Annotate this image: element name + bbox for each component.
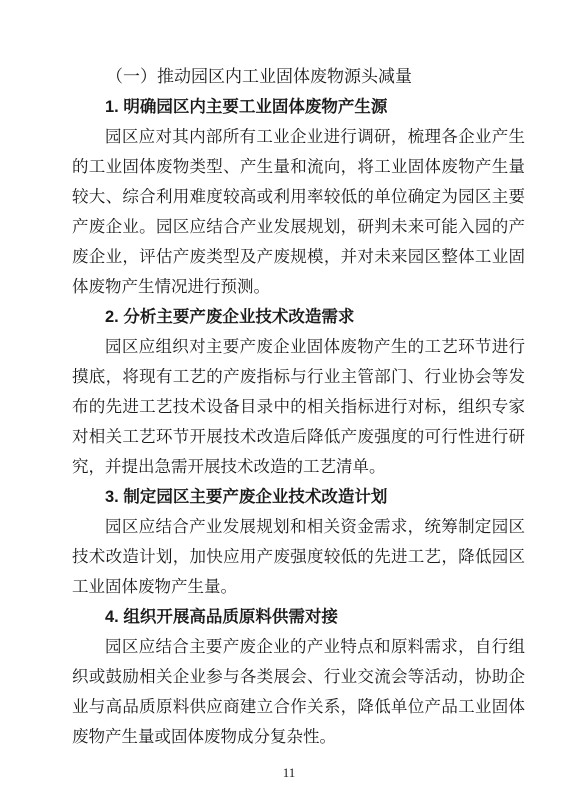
document-body: （一）推动园区内工业固体废物源头减量 1. 明确园区内主要工业固体废物产生源 园… — [72, 62, 525, 752]
page-number: 11 — [0, 764, 578, 782]
section-heading: （一）推动园区内工业固体废物源头减量 — [72, 62, 525, 92]
subsection-1-heading: 1. 明确园区内主要工业固体废物产生源 — [72, 92, 525, 122]
subsection-2-paragraph: 园区应组织对主要产废企业固体废物产生的工艺环节进行摸底，将现有工艺的产废指标与行… — [72, 332, 525, 482]
subsection-3-paragraph: 园区应结合产业发展规划和相关资金需求，统筹制定园区技术改造计划，加快应用产废强度… — [72, 512, 525, 602]
subsection-2-heading: 2. 分析主要产废企业技术改造需求 — [72, 302, 525, 332]
subsection-4-paragraph: 园区应结合主要产废企业的产业特点和原料需求，自行组织或鼓励相关企业参与各类展会、… — [72, 632, 525, 752]
subsection-3-heading: 3. 制定园区主要产废企业技术改造计划 — [72, 482, 525, 512]
document-page: （一）推动园区内工业固体废物源头减量 1. 明确园区内主要工业固体废物产生源 园… — [0, 0, 578, 806]
subsection-1-paragraph: 园区应对其内部所有工业企业进行调研，梳理各企业产生的工业固体废物类型、产生量和流… — [72, 122, 525, 302]
subsection-4-heading: 4. 组织开展高品质原料供需对接 — [72, 602, 525, 632]
